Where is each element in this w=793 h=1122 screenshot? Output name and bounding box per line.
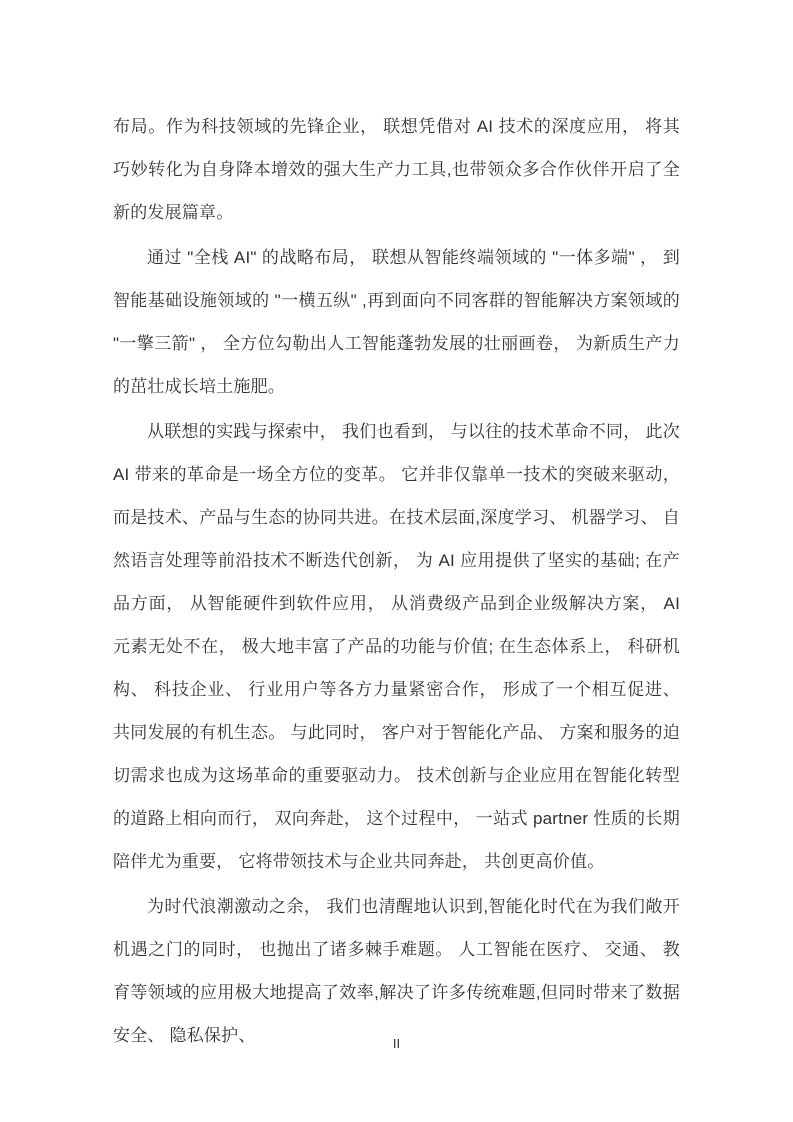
paragraph-3: 从联想的实践与探索中， 我们也看到， 与以往的技术革命不同， 此次 AI 带来的… bbox=[113, 410, 680, 883]
paragraph-1: 布局。作为科技领域的先锋企业， 联想凭借对 AI 技术的深度应用， 将其巧妙转化… bbox=[113, 105, 680, 234]
page-number: II bbox=[393, 1036, 400, 1051]
document-page: 布局。作为科技领域的先锋企业， 联想凭借对 AI 技术的深度应用， 将其巧妙转化… bbox=[0, 0, 793, 1122]
paragraph-4: 为时代浪潮激动之余， 我们也清醒地认识到,智能化时代在为我们敞开机遇之门的同时，… bbox=[113, 885, 680, 1057]
page-footer: II bbox=[0, 1035, 793, 1053]
paragraph-2: 通过 "全栈 AI" 的战略布局， 联想从智能终端领域的 "一体多端" ， 到智… bbox=[113, 236, 680, 408]
document-body: 布局。作为科技领域的先锋企业， 联想凭借对 AI 技术的深度应用， 将其巧妙转化… bbox=[113, 105, 680, 1059]
